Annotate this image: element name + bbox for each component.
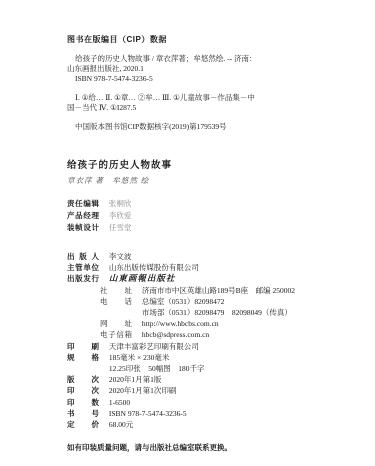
colophon-row-printer: 印刷 天津丰富彩艺印刷有限公司 xyxy=(67,341,315,352)
book-title: 给孩子的历史人物故事 xyxy=(67,157,315,171)
colophon-label: 网址 xyxy=(100,318,132,329)
colophon-row-impression: 印次 2020年1月第1次印刷 xyxy=(67,385,315,396)
colophon-value: 185毫米 × 230毫米 xyxy=(109,353,169,362)
colophon-label: 出版人 xyxy=(67,251,99,262)
colophon-row-isbn: 书号 ISBN 978-7-5474-3236-5 xyxy=(67,408,315,419)
colophon-value: 2020年1月第1版 xyxy=(109,375,162,384)
copyright-page: 图书在版编目（CIP）数据 给孩子的历史人物故事 / 章衣萍著；牟悠然绘. --… xyxy=(0,0,375,466)
email-address: hbcb@sdpress.com.cn xyxy=(142,330,209,339)
staff-name: 张桐欣 xyxy=(109,199,132,208)
colophon-value: 2020年1月第1次印刷 xyxy=(109,386,177,395)
staff-row-product-manager: 产品经理 李欣爱 xyxy=(67,210,315,222)
colophon-row-address: 社址 济南市市中区英雄山路189号B座 邮编 250002 xyxy=(67,285,315,296)
staff-name: 任雪堂 xyxy=(109,223,132,232)
staff-label: 装帧设计 xyxy=(67,222,99,234)
colophon-value: 68.00元 xyxy=(109,420,133,429)
colophon-row-publishing-house: 出版发行 山東画報出版社 xyxy=(67,273,315,284)
colophon-value: 济南市市中区英雄山路189号B座 邮编 250002 xyxy=(142,286,295,295)
colophon-value: 天津丰富彩艺印刷有限公司 xyxy=(109,342,199,351)
staff-name: 李欣爱 xyxy=(109,211,132,220)
staff-label: 产品经理 xyxy=(67,210,99,222)
colophon-value: 市场部（0531）82098479 82098049（传真） xyxy=(142,308,292,317)
colophon-label: 出版发行 xyxy=(67,273,99,284)
publisher-logotype: 山東画報出版社 xyxy=(109,273,176,283)
colophon-row-phone-cont: 市场部（0531）82098479 82098049（传真） xyxy=(67,307,315,318)
colophon-value: ISBN 978-7-5474-3236-5 xyxy=(109,409,187,418)
cip-record-number: 中国版本图书馆CIP数据核字(2019)第179539号 xyxy=(67,122,315,132)
colophon-label: 印数 xyxy=(67,397,99,408)
colophon-row-supervisor: 主管单位 山东出版传媒股份有限公司 xyxy=(67,262,315,273)
cip-isbn-line: ISBN 978-7-5474-3236-5 xyxy=(67,74,315,84)
cip-class-line1: Ⅰ. ①给… Ⅱ. ①章… ②牟… Ⅲ. ①儿童故事－作品集－中 xyxy=(67,93,315,103)
colophon-label: 印刷 xyxy=(67,341,99,352)
quality-notice: 如有印装质量问题，请与出版社总编室联系更换。 xyxy=(67,442,315,453)
cip-entry-line2: 山东画报出版社, 2020.1 xyxy=(67,64,315,74)
colophon-row-format-cont: 12.25印张 50幅图 180千字 xyxy=(67,363,315,374)
cip-entry-line1: 给孩子的历史人物故事 / 章衣萍著；牟悠然绘. -- 济南： xyxy=(67,54,315,64)
colophon-label: 书号 xyxy=(67,408,99,419)
colophon-value: 1-6500 xyxy=(109,398,130,407)
colophon-value: 李文波 xyxy=(109,252,132,261)
colophon-row-website: 网址 http://www.hbcbs.com.cn xyxy=(67,318,315,329)
staff-label: 责任编辑 xyxy=(67,198,99,210)
book-byline: 章衣萍 著 牟悠然 绘 xyxy=(67,175,315,186)
staff-row-designer: 装帧设计 任雪堂 xyxy=(67,222,315,234)
cip-block: 图书在版编目（CIP）数据 给孩子的历史人物故事 / 章衣萍著；牟悠然绘. --… xyxy=(67,34,315,132)
colophon-label: 印次 xyxy=(67,385,99,396)
colophon-row-price: 定价 68.00元 xyxy=(67,419,315,430)
colophon-row-publisher-person: 出版人 李文波 xyxy=(67,251,315,262)
cip-class-line2: 国－当代 Ⅳ. ①I287.5 xyxy=(67,103,315,113)
colophon-value: 12.25印张 50幅图 180千字 xyxy=(109,364,205,373)
colophon-label: 社址 xyxy=(100,285,132,296)
colophon-label: 定价 xyxy=(67,419,99,430)
colophon-row-print-run: 印数 1-6500 xyxy=(67,397,315,408)
colophon-value: 总编室（0531）82098472 xyxy=(142,297,225,306)
colophon-value: 山东出版传媒股份有限公司 xyxy=(109,263,199,272)
colophon-label: 版次 xyxy=(67,374,99,385)
colophon-row-phone: 电话 总编室（0531）82098472 xyxy=(67,296,315,307)
colophon-label: 主管单位 xyxy=(67,262,99,273)
staff-credits: 责任编辑 张桐欣 产品经理 李欣爱 装帧设计 任雪堂 xyxy=(67,198,315,234)
colophon-row-edition: 版次 2020年1月第1版 xyxy=(67,374,315,385)
colophon-block: 出版人 李文波 主管单位 山东出版传媒股份有限公司 出版发行 山東画報出版社 社… xyxy=(67,251,315,430)
colophon-label: 电子信箱 xyxy=(100,329,132,340)
colophon-label: 电话 xyxy=(100,296,132,307)
colophon-label: 规格 xyxy=(67,352,99,363)
staff-row-editor: 责任编辑 张桐欣 xyxy=(67,198,315,210)
cip-heading: 图书在版编目（CIP）数据 xyxy=(67,34,315,45)
colophon-row-email: 电子信箱 hbcb@sdpress.com.cn xyxy=(67,329,315,340)
website-url: http://www.hbcbs.com.cn xyxy=(142,319,219,328)
colophon-row-format: 规格 185毫米 × 230毫米 xyxy=(67,352,315,363)
